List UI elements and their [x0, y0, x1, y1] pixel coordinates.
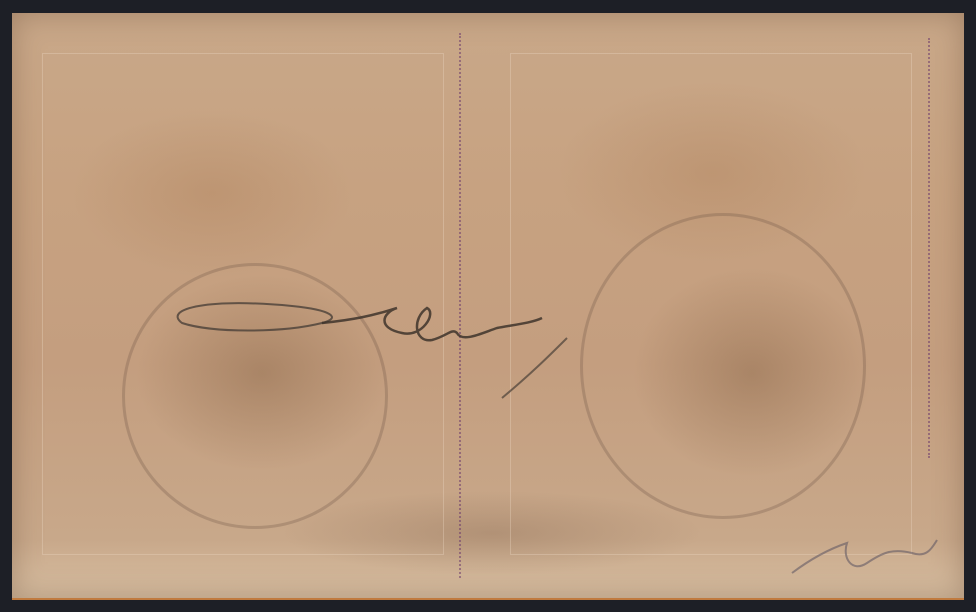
- stamp-pair-back: Reverse (gummed back) of a horizontal pa…: [12, 13, 964, 600]
- dotted-guideline-right: [928, 38, 930, 458]
- pencil-signature: [152, 278, 572, 418]
- right-stamp-design-showthrough: [580, 213, 866, 519]
- pencil-mark: [772, 518, 952, 588]
